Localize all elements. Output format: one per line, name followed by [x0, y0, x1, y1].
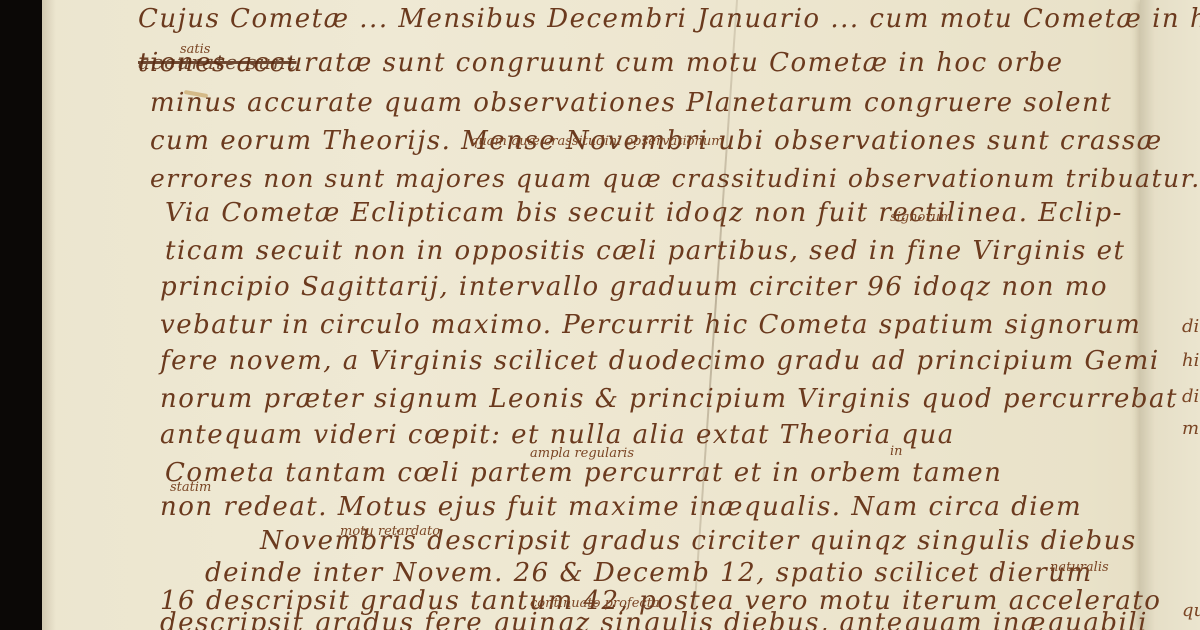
manuscript-line: norum præter signum Leonis & principium … [160, 384, 1178, 414]
interlinear-note: naturalis [1050, 560, 1109, 575]
interlinear-note: continuato profecta [530, 596, 660, 611]
adjacent-page-fragment: di [1182, 316, 1199, 337]
manuscript-line: vebatur in circulo maximo. Percurrit hic… [160, 310, 1141, 340]
interlinear-note: statim [170, 480, 211, 495]
manuscript-line: descripsit gradus fere quinqz singulis d… [160, 608, 1148, 630]
manuscript-line: ticam secuit non in oppositis cæli parti… [165, 236, 1125, 266]
manuscript-line: fere novem, a Virginis scilicet duodecim… [160, 346, 1160, 376]
interlinear-note: motu retardato [340, 524, 440, 539]
manuscript-line: Via Cometæ Eclipticam bis secuit idoqz n… [165, 198, 1123, 228]
interlinear-note: in [890, 444, 903, 459]
interlinear-note: quam quæ crassitudini observationum [470, 134, 724, 149]
adjacent-page-edge [1140, 0, 1200, 630]
manuscript-line: principio Sagittarij, intervallo graduum… [160, 272, 1108, 302]
manuscript-line: minus accurate quam observationes Planet… [150, 88, 1112, 118]
manuscript-line: Cometa tantam cœli partem percurrat et i… [165, 458, 1002, 488]
page-edge-shadow [42, 0, 56, 630]
adjacent-page-fragment: di [1182, 386, 1199, 407]
interlinear-note: signorum [890, 210, 952, 225]
manuscript-line: deinde inter Novem. 26 & Decemb 12, spat… [205, 558, 1093, 588]
manuscript-line: Cujus Cometæ ... Mensibus Decembri Janua… [138, 4, 1200, 34]
manuscript-line: non redeat. Motus ejus fuit maxime inæqu… [160, 492, 1082, 522]
struck-text: accurate sunt [138, 50, 296, 74]
adjacent-page-fragment: hi [1182, 350, 1199, 371]
adjacent-page-fragment: m [1182, 418, 1199, 439]
adjacent-page-fragment: qu [1182, 600, 1200, 621]
manuscript-line: errores non sunt majores quam quæ crassi… [150, 164, 1200, 193]
interlinear-note: ampla regularis [530, 446, 634, 461]
